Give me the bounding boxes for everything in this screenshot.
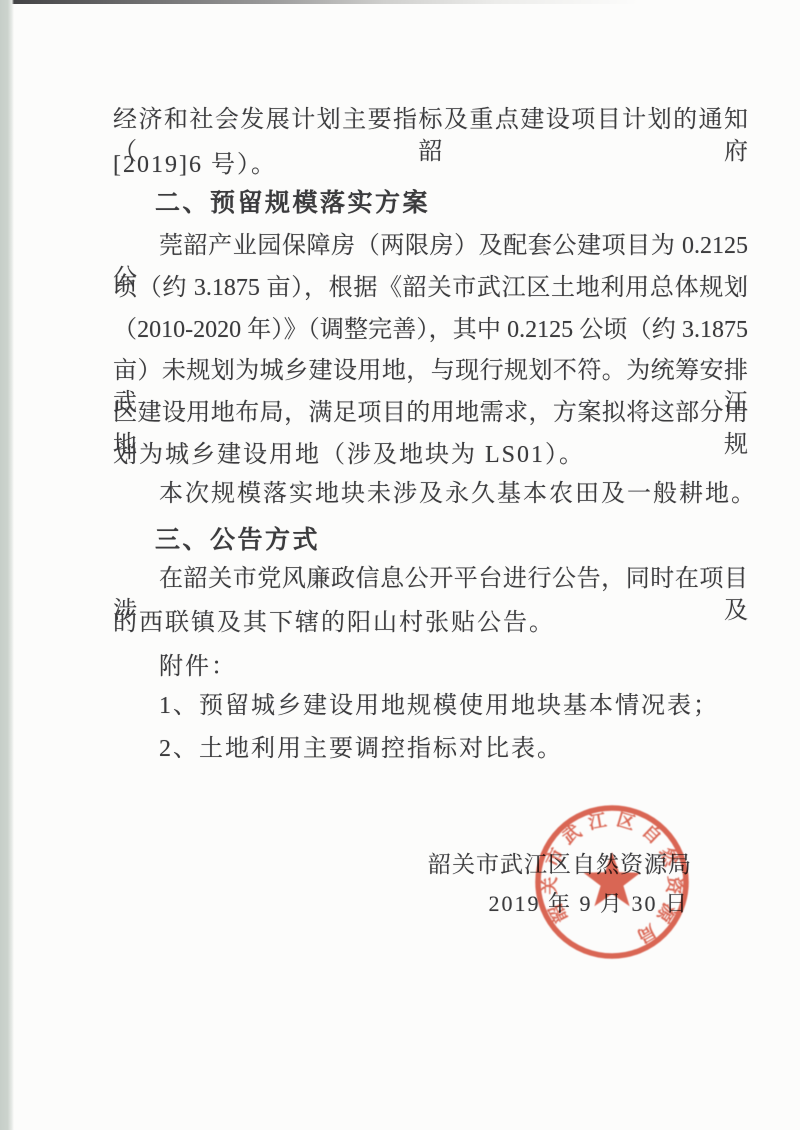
scanned-document-page: 经济和社会发展计划主要指标及重点建设项目计划的通知（韶府 [2019]6 号）。… [0, 0, 800, 1130]
section-heading-3: 三、公告方式 [113, 525, 748, 557]
paragraph-3-line-2: 的西联镇及其下辖的阳山村张贴公告。 [113, 607, 748, 639]
attachment-item-2: 2、土地利用主要调控指标对比表。 [113, 733, 748, 765]
section-heading-2: 二、预留规模落实方案 [113, 188, 748, 220]
paragraph-1-line-3: （2010-2020 年）》（调整完善），其中 0.2125 公顷（约 3.18… [113, 314, 748, 346]
seal-star-icon [584, 852, 641, 906]
paragraph-1-line-2: 顷（约 3.1875 亩），根据《韶关市武江区土地利用总体规划 [113, 272, 748, 304]
notice-title-line-2: [2019]6 号）。 [113, 149, 748, 181]
attachment-item-1: 1、预留城乡建设用地规模使用地块基本情况表； [113, 690, 748, 722]
paragraph-2: 本次规模落实地块未涉及永久基本农田及一般耕地。 [113, 478, 748, 510]
scan-edge-left-band [0, 0, 14, 1130]
attachments-label: 附件： [113, 651, 748, 683]
paragraph-1-line-6: 划为城乡建设用地（涉及地块为 LS01）。 [113, 439, 748, 471]
official-seal: 韶关市武江区自然资源局 [517, 787, 707, 977]
